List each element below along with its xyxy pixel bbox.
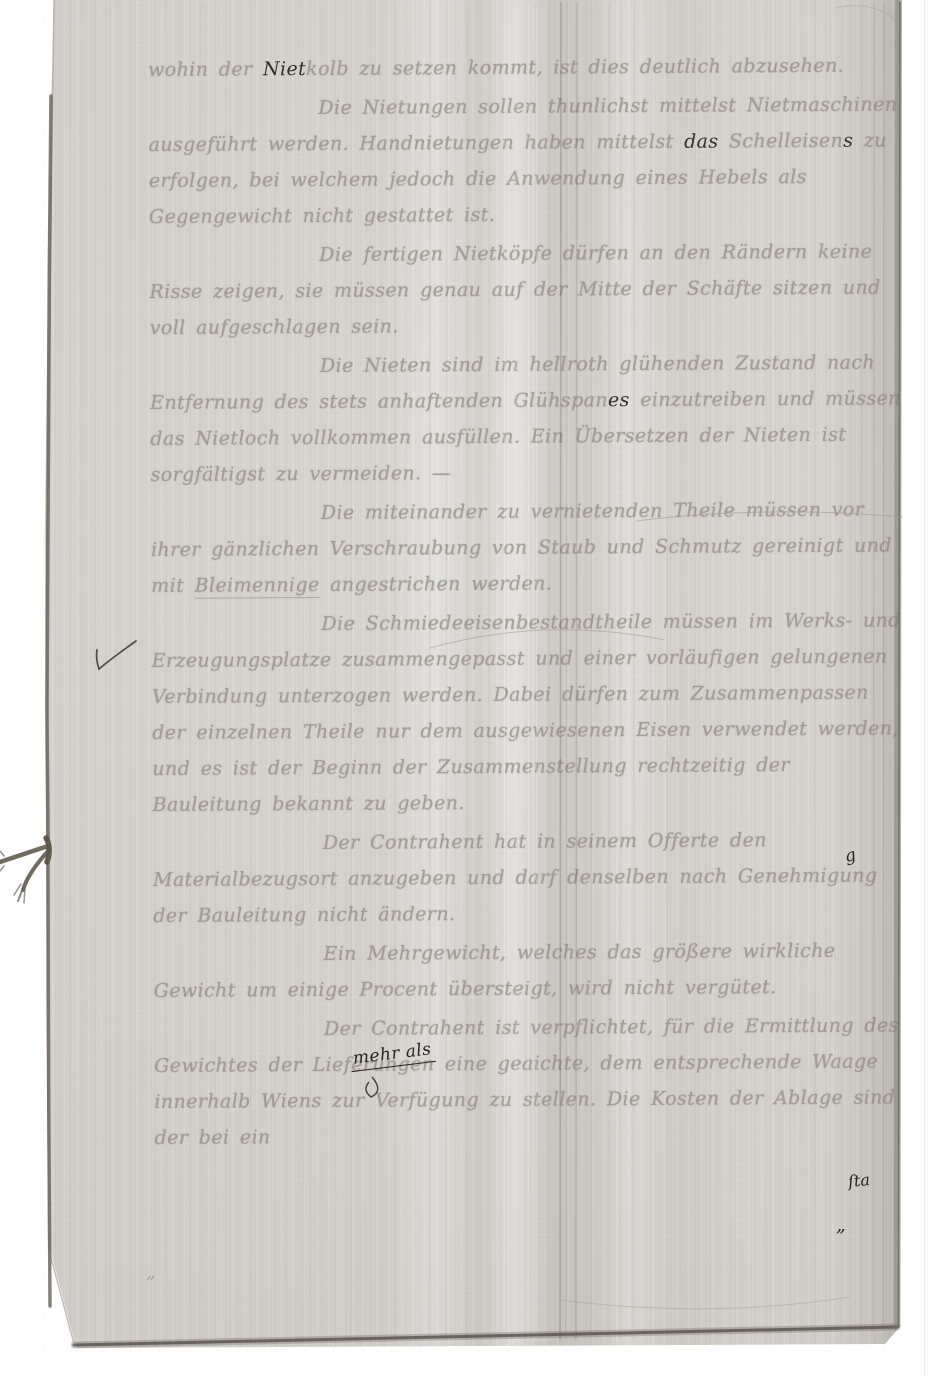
ink-correction: es	[608, 389, 630, 411]
handwriting-segment: Die fertigen Nietköpfe dürfen an den Rän…	[149, 241, 880, 339]
manuscript-paragraph: Der Contrahent ist verpflichtet, für die…	[154, 1007, 911, 1156]
manuscript-paragraph: Der Contrahent hat in seinem Offerte den…	[153, 821, 910, 934]
handwriting-segment: Bleimennige	[195, 574, 320, 599]
handwriting-segment: wohin der	[148, 58, 263, 81]
manuscript-paragraph: Die Nietungen sollen thunlichst mittelst…	[148, 86, 905, 235]
insertion-quote-mark-bottom: „	[146, 1264, 155, 1282]
manuscript-text: wohin der Nietkolb zu setzen kommt, ist …	[148, 47, 911, 1159]
handwriting-segment: Der Contrahent hat in seinem Offerte den…	[153, 829, 877, 927]
ink-correction: Niet	[263, 58, 306, 80]
manuscript-paragraph: wohin der Nietkolb zu setzen kommt, ist …	[148, 47, 904, 88]
manuscript-paragraph: Ein Mehrgewicht, welches das größere wir…	[153, 932, 909, 1009]
ink-correction: s	[843, 130, 853, 152]
scanner-artifact-line	[924, 0, 925, 1376]
handwriting-segment: Die Schmiedeeisenbestandtheile müssen im…	[152, 609, 901, 816]
handwriting-segment: angestrichen werden.	[320, 573, 553, 596]
ink-correction-sta: ſta	[847, 1172, 870, 1190]
handwriting-segment: Der Contrahent ist verpflichtet, für die…	[154, 1014, 899, 1149]
manuscript-paragraph: Die Nieten sind im hellroth glühenden Zu…	[150, 344, 907, 493]
ink-correction: das	[684, 131, 719, 153]
manuscript-paragraph: Die fertigen Nietköpfe dürfen an den Rän…	[149, 233, 906, 346]
manuscript-paragraph: Die miteinander zu vernietenden Theile m…	[151, 491, 908, 604]
page-scan: { "document": { "kind": "scanned handwri…	[0, 0, 940, 1376]
manuscript-paragraph: Die Schmiedeeisenbestandtheile müssen im…	[151, 602, 908, 823]
handwriting-segment: kolb zu setzen kommt, ist dies deutlich …	[306, 55, 844, 80]
binding-thread	[0, 96, 51, 1306]
handwriting-segment: Ein Mehrgewicht, welches das größere wir…	[154, 940, 836, 1002]
insertion-quote-mark-right: „	[836, 1216, 846, 1235]
handwriting-segment: Schelleisen	[718, 130, 843, 153]
